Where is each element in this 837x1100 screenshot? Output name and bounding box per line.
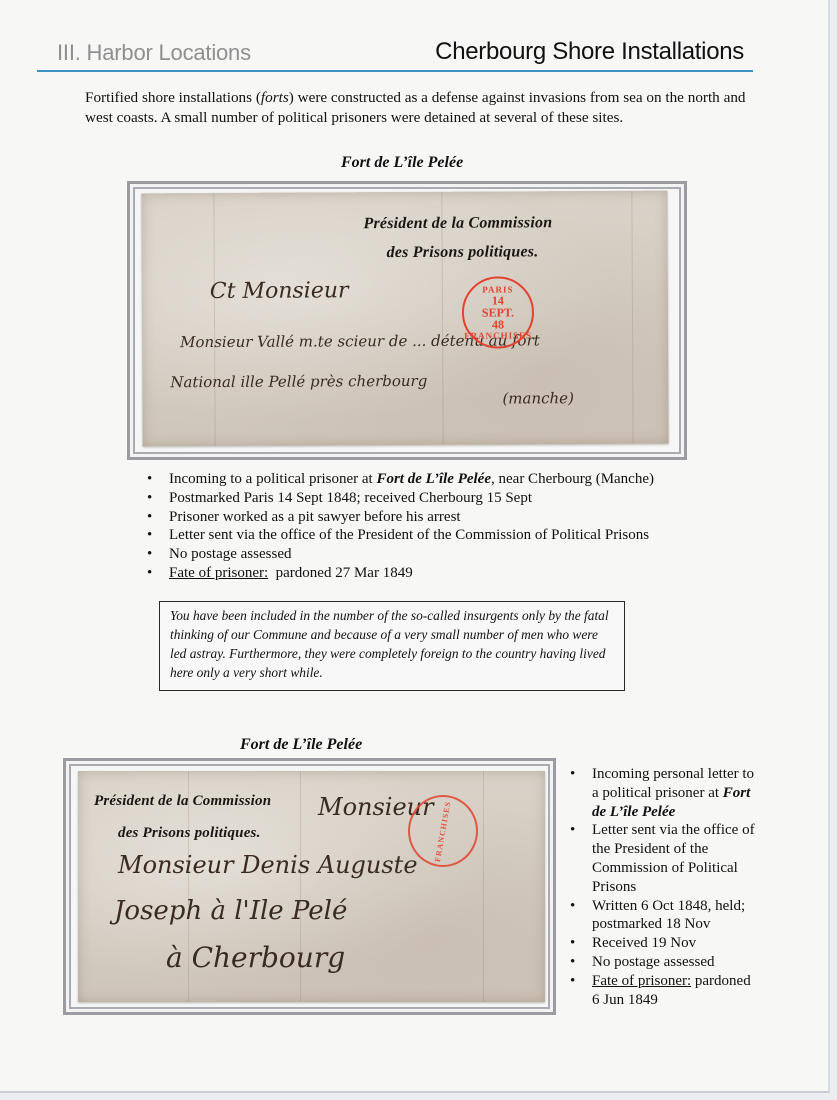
cover2-postmark: FRANCHISES [408,795,478,867]
cover1-bullet: Letter sent via the office of the Presid… [145,526,705,545]
cover2-bullet: Letter sent via the office of the Presid… [568,821,758,896]
bullet-text: , near Cherbourg (Manche) [491,471,654,487]
fold-line [631,191,633,444]
cover1-bullet: Prisoner worked as a pit sawyer before h… [145,508,705,527]
cover1-printed-line1: Président de la Commission [363,214,552,233]
cover2-bullet: Received 19 Nov [568,934,758,953]
cover2-printed-line2: des Prisons politiques. [118,825,261,842]
cover1-hand-line1: Ct Monsieur [210,278,349,304]
cover2-hand-line2: Monsieur Denis Auguste [118,851,418,879]
postmark-year: 48 [492,318,504,330]
cover2-bullet: Fate of prisoner: pardoned 6 Jun 1849 [568,972,758,1010]
cover2-bullet-list: Incoming personal letter to a political … [568,765,758,1009]
fold-line [213,193,215,446]
cover1-postmark: PARIS 14 SEPT. 48 FRANCHISES [462,276,534,348]
translation-quote-box: You have been included in the number of … [159,601,625,691]
cover1-hand-line3: National ille Pellé près cherbourg [170,372,427,391]
cover2-hand-line3: Joseph à l'Ile Pelé [114,896,347,926]
page-title: Cherbourg Shore Installations [435,38,744,66]
cover2-bullet: Incoming personal letter to a political … [568,765,758,821]
cover1-bullet: Postmarked Paris 14 Sept 1848; received … [145,489,705,508]
exhibit-page: III. Harbor Locations Cherbourg Shore In… [0,0,830,1093]
cover2-bullet: Written 6 Oct 1848, held; postmarked 18 … [568,897,758,935]
fate-label: Fate of prisoner: [592,973,691,989]
cover1-hand-line4: (manche) [502,389,574,407]
header-rule [37,70,753,72]
cover2-printed-line1: Président de la Commission [94,793,271,810]
fate-label: Fate of prisoner: [169,565,268,581]
cover1-caption: Fort de L’île Pelée [341,154,463,172]
postmark-franchise: FRANCHISES [464,330,532,340]
cover1-printed-line2: des Prisons politiques. [387,243,539,262]
cover1-bullet: Fate of prisoner: pardoned 27 Mar 1849 [145,564,705,583]
intro-italic: forts [261,89,289,106]
cover2-caption: Fort de L’île Pelée [240,736,362,754]
postmark-franchise: FRANCHISES [433,800,453,862]
section-heading: III. Harbor Locations [57,40,251,66]
fate-value: pardoned 27 Mar 1849 [268,565,413,581]
cover1-bullet: No postage assessed [145,545,705,564]
cover2-hand-line4: à Cherbourg [166,941,345,974]
intro-paragraph: Fortified shore installations (forts) we… [85,88,765,128]
cover1-image: Président de la Commission des Prisons p… [141,191,668,447]
intro-text-a: Fortified shore installations ( [85,89,261,106]
fort-name: Fort de L’île Pelée [376,471,491,487]
fold-line [483,771,484,1002]
bullet-text: Incoming to a political prisoner at [169,471,376,487]
cover1-bullet-list: Incoming to a political prisoner at Fort… [145,470,705,583]
cover2-bullet: No postage assessed [568,953,758,972]
cover2-image: Président de la Commission des Prisons p… [78,771,545,1002]
cover1-bullet: Incoming to a political prisoner at Fort… [145,470,705,489]
